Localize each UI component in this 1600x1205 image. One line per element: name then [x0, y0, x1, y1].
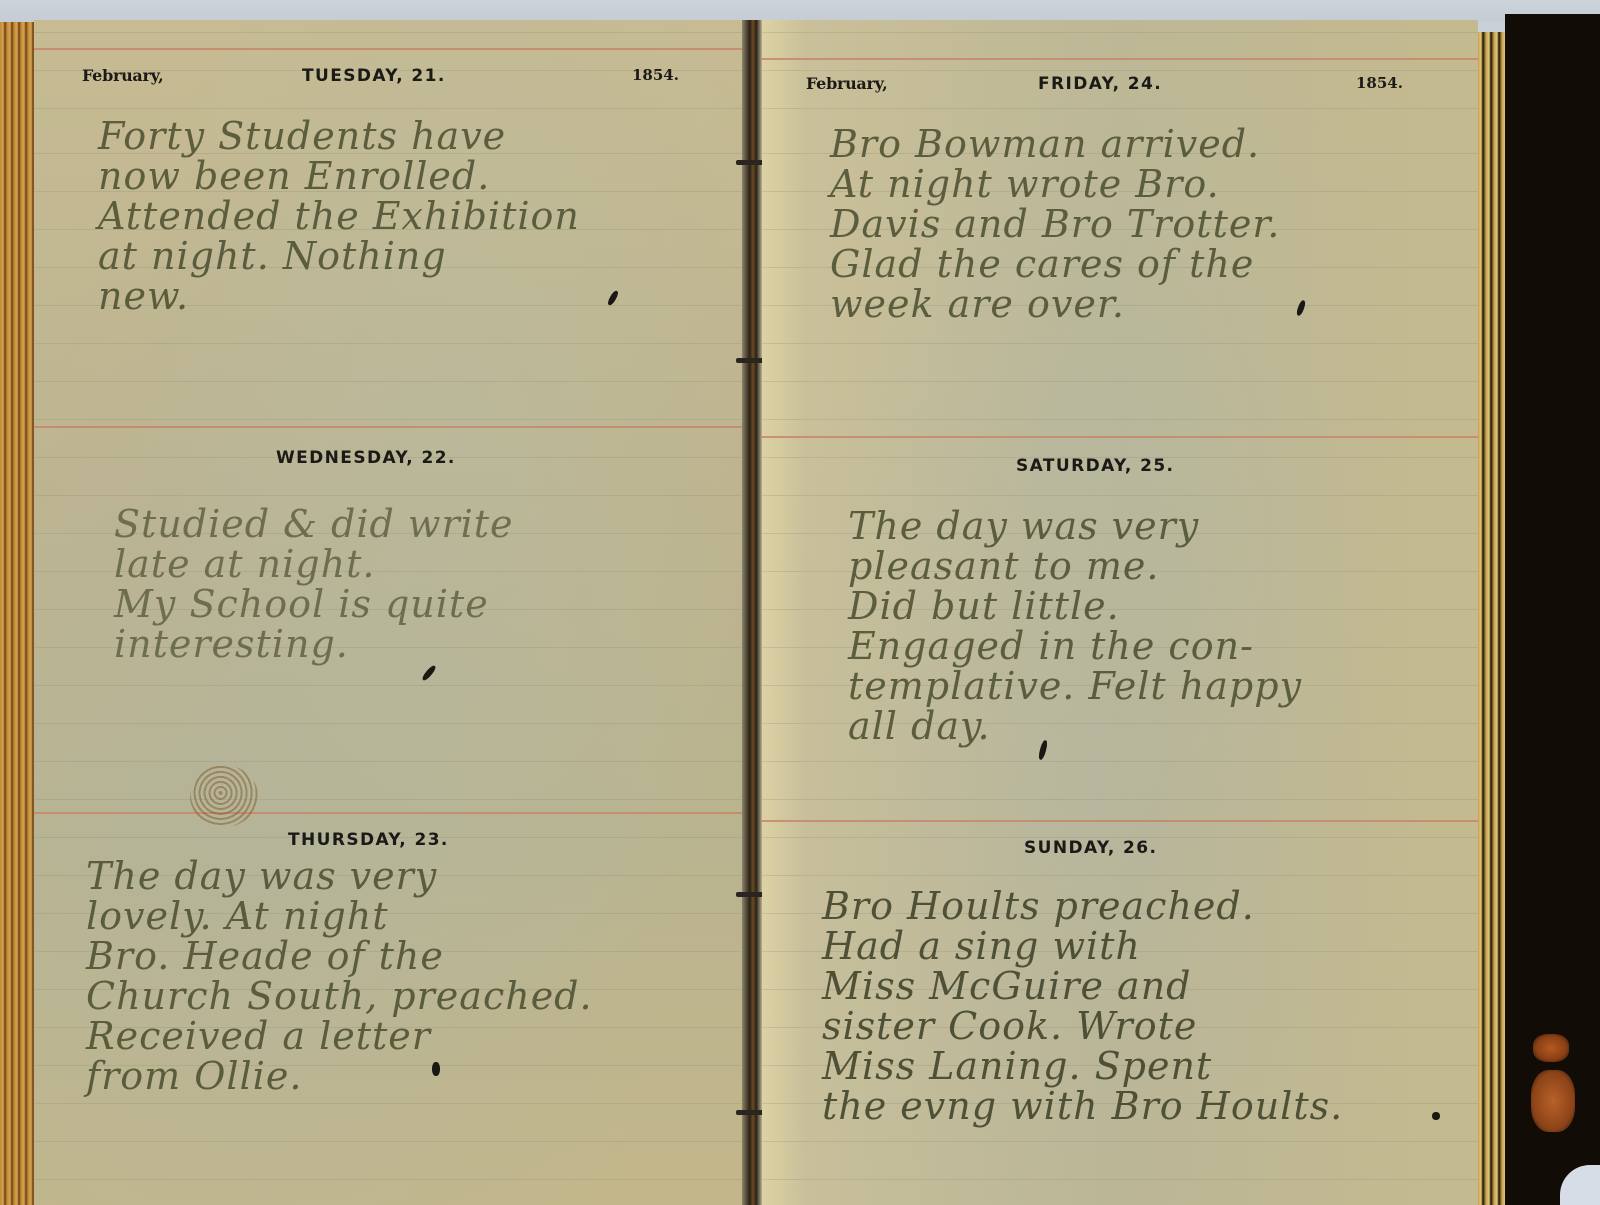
entry-line: pleasant to me.: [848, 546, 1302, 586]
header-year: 1854.: [632, 66, 679, 84]
right-page-edges: [1478, 32, 1508, 1205]
red-rule: [34, 812, 752, 814]
entry-line: now been Enrolled.: [98, 156, 580, 196]
entry-line: Miss Laning. Spent: [822, 1046, 1343, 1086]
entry-line: Studied & did write: [114, 504, 514, 544]
red-rule: [762, 820, 1478, 822]
red-rule: [762, 58, 1478, 60]
entry-line: at night. Nothing: [98, 236, 580, 276]
entry-line: interesting.: [114, 624, 514, 664]
day-heading-saturday: SATURDAY, 25.: [1016, 456, 1174, 476]
entry-line: Bro. Heade of the: [86, 936, 593, 976]
book-cover: [1505, 14, 1600, 1205]
entry-line: week are over.: [830, 284, 1280, 324]
red-rule: [34, 426, 752, 428]
entry-line: new.: [98, 276, 580, 316]
entry-line: templative. Felt happy: [848, 666, 1302, 706]
header-year: 1854.: [1356, 74, 1403, 92]
entry-line: Miss McGuire and: [822, 966, 1343, 1006]
entry-line: At night wrote Bro.: [830, 164, 1280, 204]
entry-line: Bro Bowman arrived.: [830, 124, 1280, 164]
diary-entry-friday: Bro Bowman arrived. At night wrote Bro. …: [830, 124, 1280, 324]
red-rule: [762, 436, 1478, 438]
entry-line: lovely. At night: [86, 896, 593, 936]
scan-background-corner: [1560, 1165, 1600, 1205]
diary-entry-wednesday: Studied & did write late at night. My Sc…: [114, 504, 514, 664]
left-page-edges: [0, 22, 34, 1205]
book-gutter: [742, 20, 764, 1205]
entry-line: Attended the Exhibition: [98, 196, 580, 236]
right-page: February, FRIDAY, 24. 1854. Bro Bowman a…: [762, 20, 1478, 1205]
page-header: February, TUESDAY, 21. 1854.: [34, 66, 752, 88]
header-month: February,: [806, 74, 887, 93]
entry-line: Davis and Bro Trotter.: [830, 204, 1280, 244]
entry-line: Had a sing with: [822, 926, 1343, 966]
entry-line: Engaged in the con-: [848, 626, 1302, 666]
page-header: February, FRIDAY, 24. 1854.: [762, 74, 1478, 96]
entry-line: My School is quite: [114, 584, 514, 624]
ink-blot: [432, 1062, 440, 1076]
entry-line: Church South, preached.: [86, 976, 593, 1016]
entry-line: Did but little.: [848, 586, 1302, 626]
entry-line: Received a letter: [86, 1016, 593, 1056]
diary-entry-thursday: The day was very lovely. At night Bro. H…: [86, 856, 593, 1096]
diary-entry-saturday: The day was very pleasant to me. Did but…: [848, 506, 1302, 746]
entry-line: Bro Hoults preached.: [822, 886, 1343, 926]
ink-blot: [1432, 1112, 1440, 1120]
header-day: FRIDAY, 24.: [1038, 74, 1162, 94]
day-heading-sunday: SUNDAY, 26.: [1024, 838, 1157, 858]
diary-entry-sunday: Bro Hoults preached. Had a sing with Mis…: [822, 886, 1343, 1126]
entry-line: all day.: [848, 706, 1302, 746]
entry-line: Glad the cares of the: [830, 244, 1280, 284]
entry-line: late at night.: [114, 544, 514, 584]
red-rule: [34, 48, 752, 50]
fingerprint-stain: [190, 765, 258, 827]
entry-line: The day was very: [848, 506, 1302, 546]
entry-line: Forty Students have: [98, 116, 580, 156]
day-heading-thursday: THURSDAY, 23.: [288, 830, 449, 850]
entry-line: The day was very: [86, 856, 593, 896]
diary-entry-tuesday: Forty Students have now been Enrolled. A…: [98, 116, 580, 316]
cover-wear-spot: [1533, 1034, 1569, 1062]
day-heading-wednesday: WEDNESDAY, 22.: [276, 448, 456, 468]
left-page: February, TUESDAY, 21. 1854. Forty Stude…: [34, 20, 752, 1205]
cover-wear-spot: [1531, 1070, 1575, 1132]
header-day: TUESDAY, 21.: [302, 66, 446, 86]
entry-line: the evng with Bro Hoults.: [822, 1086, 1343, 1126]
entry-line: from Ollie.: [86, 1056, 593, 1096]
header-month: February,: [82, 66, 163, 85]
entry-line: sister Cook. Wrote: [822, 1006, 1343, 1046]
